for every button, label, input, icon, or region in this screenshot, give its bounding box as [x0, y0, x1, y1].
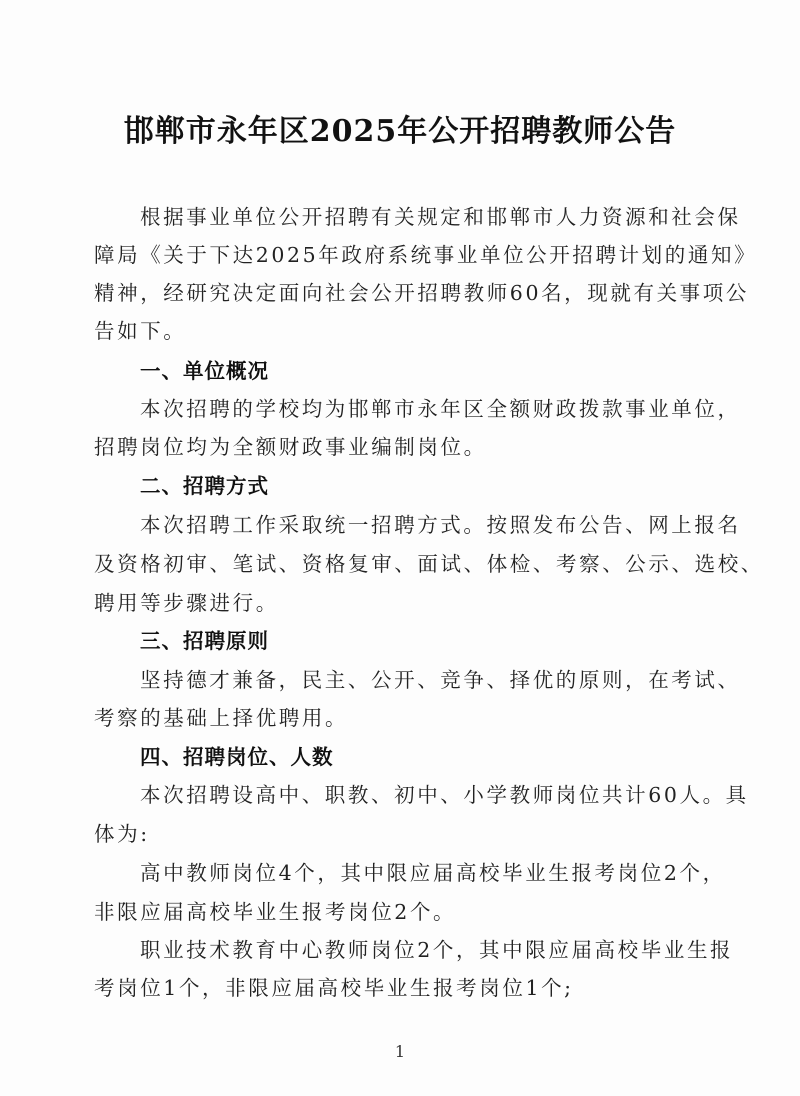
- body-line: 及资格初审、笔试、资格复审、面试、体检、考察、公示、选校、: [94, 547, 764, 577]
- body-line: 非限应届高校毕业生报考岗位2个。: [94, 895, 456, 925]
- page-number: 1: [0, 1042, 800, 1061]
- body-line: 考岗位1个，非限应届高校毕业生报考岗位1个;: [94, 971, 574, 1001]
- body-line: 本次招聘的学校均为邯郸市永年区全额财政拨款事业单位，: [140, 392, 741, 422]
- intro-line: 精神，经研究决定面向社会公开招聘教师60名，现就有关事项公: [94, 276, 749, 306]
- body-line: 考察的基础上择优聘用。: [94, 701, 348, 731]
- document-page: 邯郸市永年区2025年公开招聘教师公告 根据事业单位公开招聘有关规定和邯郸市人力…: [0, 0, 800, 1096]
- body-line: 本次招聘工作采取统一招聘方式。按照发布公告、网上报名: [140, 508, 741, 538]
- body-line: 招聘岗位均为全额财政事业编制岗位。: [94, 430, 487, 460]
- page-title: 邯郸市永年区2025年公开招聘教师公告: [0, 106, 800, 150]
- body-line: 职业技术教育中心教师岗位2个，其中限应届高校毕业生报: [140, 933, 733, 963]
- body-line: 高中教师岗位4个，其中限应届高校毕业生报考岗位2个，: [140, 856, 726, 886]
- intro-line: 障局《关于下达2025年政府系统事业单位公开招聘计划的通知》: [94, 238, 757, 268]
- body-line: 坚持德才兼备，民主、公开、竞争、择优的原则，在考试、: [140, 663, 741, 693]
- body-line: 聘用等步骤进行。: [94, 586, 279, 616]
- body-line: 体为:: [94, 817, 150, 847]
- intro-line: 告如下。: [94, 314, 186, 344]
- section-heading-4: 四、招聘岗位、人数: [140, 740, 334, 770]
- section-heading-2: 二、招聘方式: [140, 469, 269, 499]
- section-heading-3: 三、招聘原则: [140, 624, 269, 654]
- body-line: 本次招聘设高中、职教、初中、小学教师岗位共计60人。具: [140, 778, 749, 808]
- section-heading-1: 一、单位概况: [140, 354, 269, 384]
- intro-line: 根据事业单位公开招聘有关规定和邯郸市人力资源和社会保: [140, 200, 741, 230]
